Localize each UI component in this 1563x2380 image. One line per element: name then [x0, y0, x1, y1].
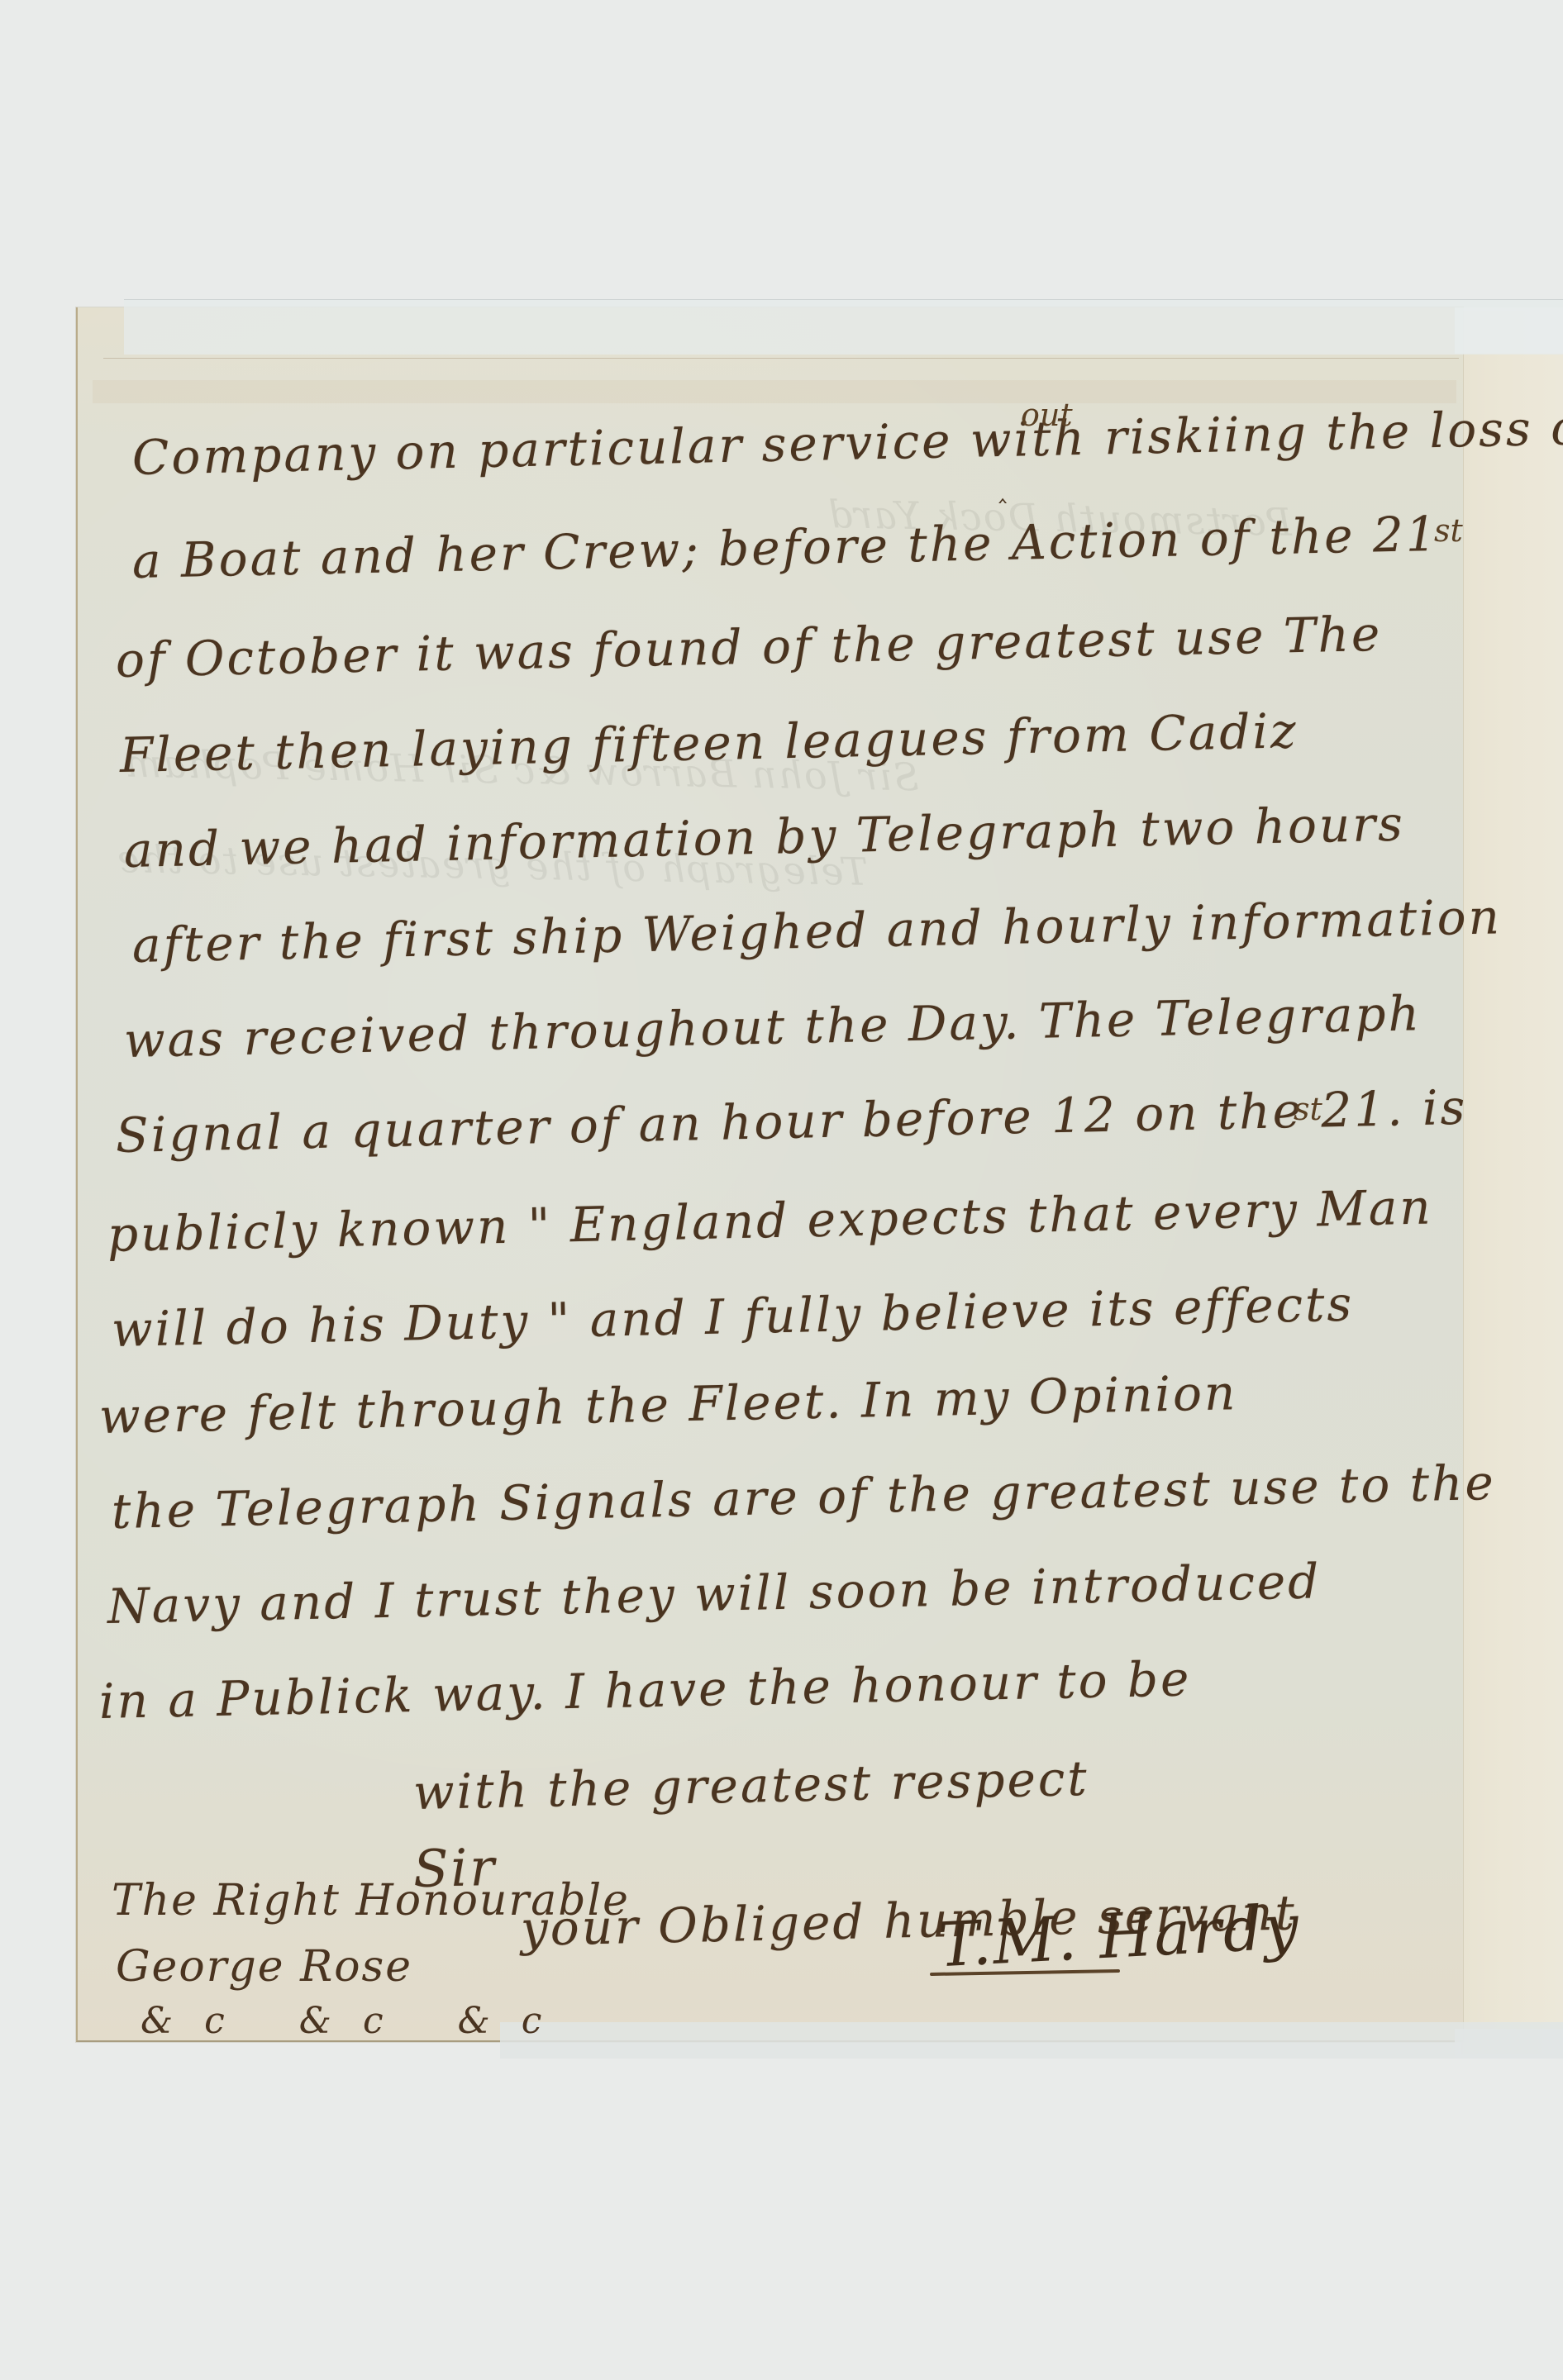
backing-leaf — [1461, 311, 1563, 2054]
insertion-caret: ‸ — [998, 475, 1007, 504]
tissue-hinge-right-bottom — [1455, 2029, 1563, 2059]
tissue-hinge-bottom — [500, 2022, 1563, 2059]
ruled-margin-line — [103, 358, 1459, 359]
superscript-st: st — [1294, 1091, 1322, 1127]
tissue-hinge-top — [124, 299, 1563, 355]
addressee-line: &c &c &c — [141, 2000, 573, 2042]
addressee-line: The Right Honourable — [112, 1876, 630, 1925]
paper-foxing — [93, 380, 1456, 403]
insertion-out: out — [1021, 397, 1073, 433]
addressee-line: George Rose — [116, 1942, 412, 1992]
superscript-st: st — [1434, 512, 1463, 549]
tissue-hinge-right-top — [1455, 307, 1563, 354]
